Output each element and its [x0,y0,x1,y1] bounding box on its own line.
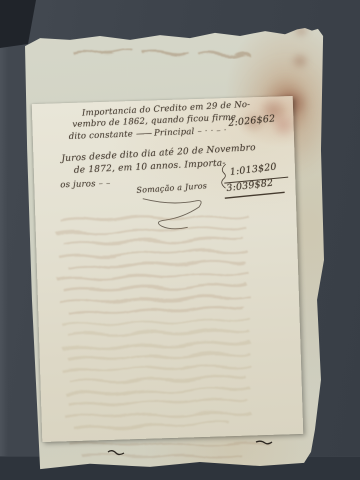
slip-ink-strokes [32,96,303,442]
background-left-highlight [0,0,8,480]
signature-flourish [143,197,202,230]
bleed-through-lines [55,214,250,315]
accounting-slip: Importancia do Credito em 29 de No- vemb… [32,96,303,442]
photo-stage: Importancia do Credito em 29 de No- vemb… [0,0,360,480]
bleed-through-lines-faint [61,318,254,430]
faded-annotation-squiggle [72,51,250,57]
sum-rules [224,177,289,198]
amount-brace [221,164,226,188]
bleed-through-lines [70,443,270,458]
